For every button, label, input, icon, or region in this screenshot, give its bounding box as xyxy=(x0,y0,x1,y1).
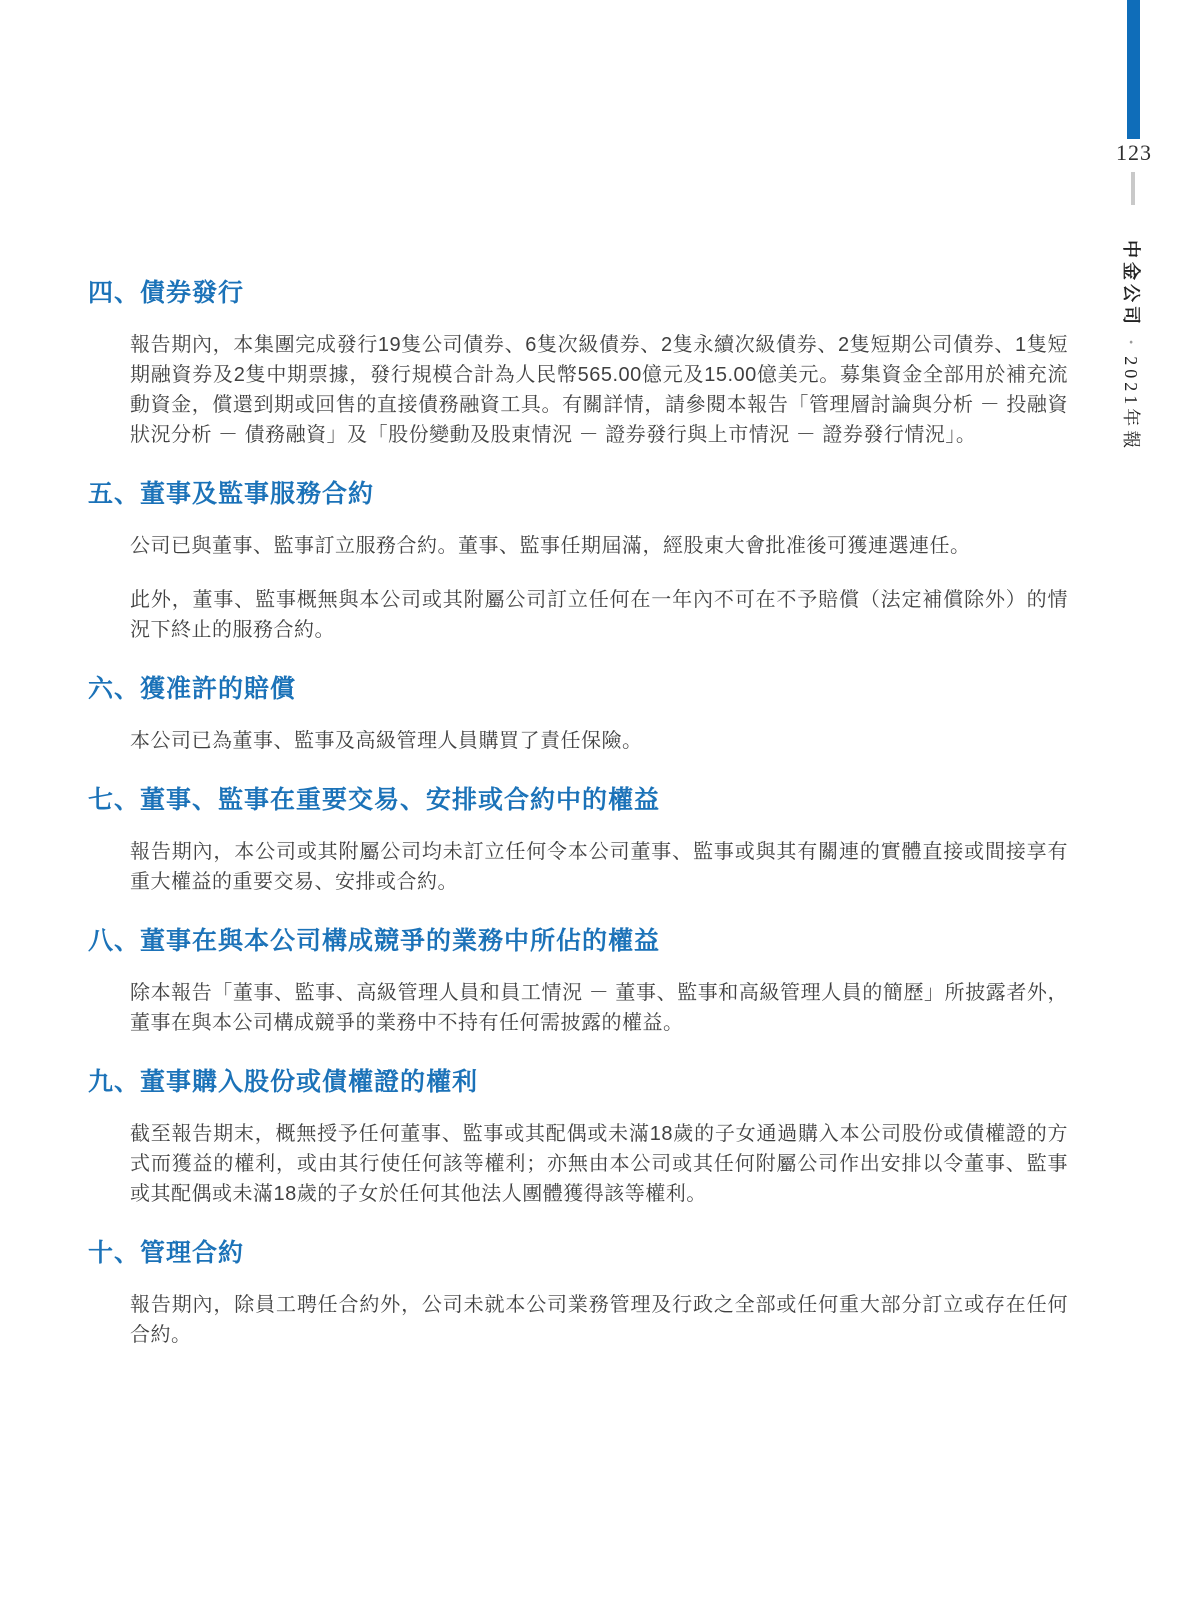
section-paragraph: 除本報告「董事、監事、高級管理人員和員工情況 － 董事、監事和高級管理人員的簡歷… xyxy=(130,978,1068,1038)
section-interests-in-transactions-arrangements-contracts: 七、董事、監事在重要交易、安排或合約中的權益 報告期內，本公司或其附屬公司均未訂… xyxy=(88,783,1068,897)
bullet-separator-icon: • xyxy=(1124,340,1138,344)
section-permitted-indemnity: 六、獲准許的賠償 本公司已為董事、監事及高級管理人員購買了責任保險。 xyxy=(88,672,1068,756)
section-heading: 四、債券發行 xyxy=(88,276,1068,310)
section-paragraph: 截至報告期末，概無授予任何董事、監事或其配偶或未滿18歲的子女通過購入本公司股份… xyxy=(130,1119,1068,1209)
company-name: 中金公司 xyxy=(1121,240,1141,328)
section-interests-in-competing-business: 八、董事在與本公司構成競爭的業務中所佔的權益 除本報告「董事、監事、高級管理人員… xyxy=(88,924,1068,1038)
page-number: 123 xyxy=(1102,140,1166,166)
section-heading: 六、獲准許的賠償 xyxy=(88,672,1068,706)
margin-report-title: 中金公司•2021年報 xyxy=(1119,240,1145,452)
section-heading: 九、董事購入股份或債權證的權利 xyxy=(88,1065,1068,1099)
report-edition: 2021年報 xyxy=(1121,356,1141,452)
report-page: 123 中金公司•2021年報 四、債券發行 報告期內，本集團完成發行19隻公司… xyxy=(0,0,1190,1615)
page-number-divider xyxy=(1131,172,1135,205)
main-content: 四、債券發行 報告期內，本集團完成發行19隻公司債券、6隻次級債券、2隻永續次級… xyxy=(88,276,1068,1374)
section-heading: 八、董事在與本公司構成競爭的業務中所佔的權益 xyxy=(88,924,1068,958)
section-director-supervisor-service-contracts: 五、董事及監事服務合約 公司已與董事、監事訂立服務合約。董事、監事任期屆滿，經股… xyxy=(88,477,1068,645)
section-heading: 十、管理合約 xyxy=(88,1236,1068,1270)
section-paragraph: 本公司已為董事、監事及高級管理人員購買了責任保險。 xyxy=(130,726,1068,756)
top-accent-bar xyxy=(1127,0,1140,139)
section-management-contracts: 十、管理合約 報告期內，除員工聘任合約外，公司未就本公司業務管理及行政之全部或任… xyxy=(88,1236,1068,1350)
section-rights-to-acquire-shares-or-debentures: 九、董事購入股份或債權證的權利 截至報告期末，概無授予任何董事、監事或其配偶或未… xyxy=(88,1065,1068,1209)
section-heading: 七、董事、監事在重要交易、安排或合約中的權益 xyxy=(88,783,1068,817)
section-paragraph: 報告期內，本集團完成發行19隻公司債券、6隻次級債券、2隻永續次級債券、2隻短期… xyxy=(130,330,1068,450)
section-bond-issuance: 四、債券發行 報告期內，本集團完成發行19隻公司債券、6隻次級債券、2隻永續次級… xyxy=(88,276,1068,450)
section-paragraph: 公司已與董事、監事訂立服務合約。董事、監事任期屆滿，經股東大會批准後可獲連選連任… xyxy=(130,531,1068,561)
section-paragraph: 報告期內，本公司或其附屬公司均未訂立任何令本公司董事、監事或與其有關連的實體直接… xyxy=(130,837,1068,897)
section-paragraph: 此外，董事、監事概無與本公司或其附屬公司訂立任何在一年內不可在不予賠償（法定補償… xyxy=(130,585,1068,645)
section-heading: 五、董事及監事服務合約 xyxy=(88,477,1068,511)
section-paragraph: 報告期內，除員工聘任合約外，公司未就本公司業務管理及行政之全部或任何重大部分訂立… xyxy=(130,1290,1068,1350)
